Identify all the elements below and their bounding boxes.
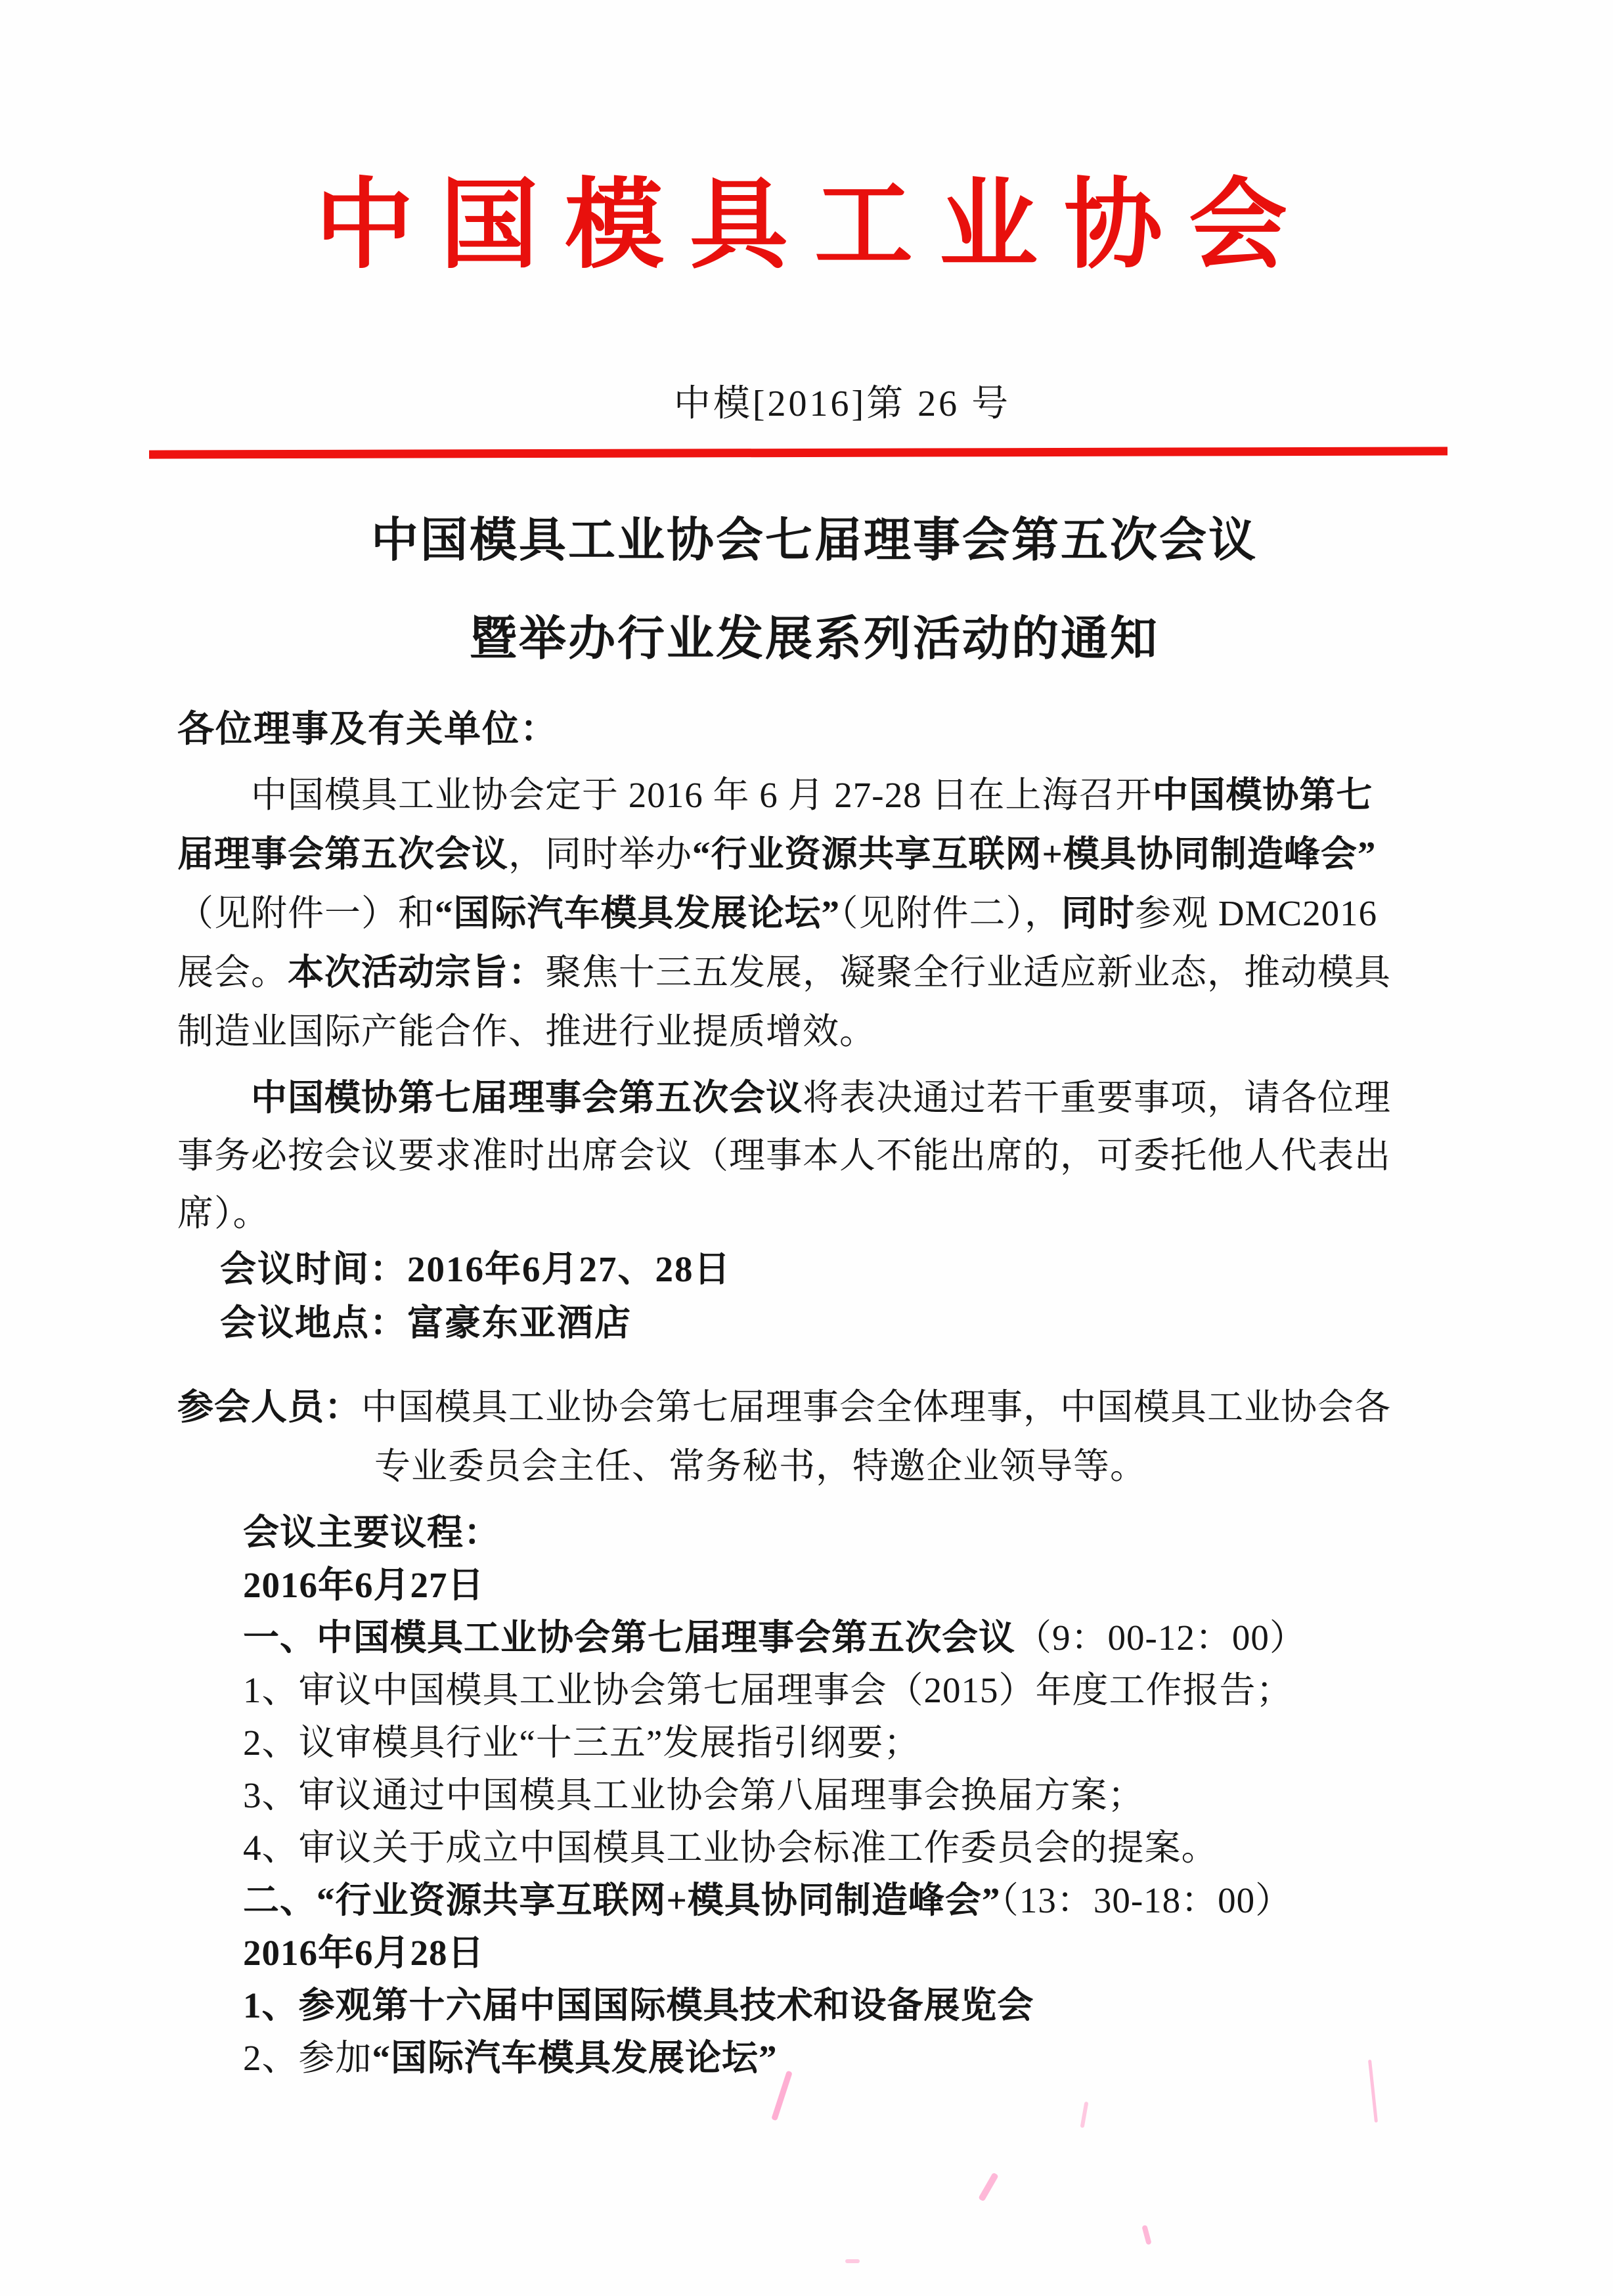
agenda-item-1: 一、中国模具工业协会第七届理事会第五次会议（9：00-12：00）: [243, 1612, 1451, 1664]
p1l3-text1: （见附件一）和: [177, 893, 435, 933]
scan-artifact: [1141, 2224, 1151, 2245]
p1l2-bold2: “行业资源共享互联网+模具协同制造峰会”: [692, 834, 1376, 874]
agenda-sub-4: 4、审议关于成立中国模具工业协会标准工作委员会的提案。: [243, 1822, 1451, 1874]
doc-number: 中模[2016]第 26 号: [177, 382, 1451, 426]
scanned-notice-page: 中国模具工业协会 中模[2016]第 26 号 中国模具工业协会七届理事会第五次…: [0, 0, 1613, 2296]
meeting-time: 会议时间：2016年6月27、28日: [220, 1243, 1451, 1296]
notice-title-line2: 暨举办行业发展系列活动的通知: [177, 590, 1451, 688]
paragraph-2-line3: 席）。: [177, 1185, 1451, 1243]
scan-artifact: [978, 2173, 999, 2202]
paragraph-1: 中国模具工业协会定于 2016 年 6 月 27-28 日在上海召开中国模协第七…: [177, 766, 1451, 1061]
paragraph-1-line4: 展会。本次活动宗旨：聚焦十三五发展，凝聚全行业适应新业态，推动模具: [177, 943, 1451, 1002]
p1l1-text: 中国模具工业协会定于 2016 年 6 月 27-28 日在上海召开: [251, 775, 1152, 815]
p1l3-text3: 参观 DMC2016: [1135, 893, 1377, 933]
attendees-line1: 参会人员：中国模具工业协会第七届理事会全体理事，中国模具工业协会各: [177, 1378, 1451, 1437]
notice-title-line1: 中国模具工业协会七届理事会第五次会议: [177, 491, 1451, 590]
agenda-sub-6: 2、参加“国际汽车模具发展论坛”: [243, 2032, 1451, 2085]
attendees: 参会人员：中国模具工业协会第七届理事会全体理事，中国模具工业协会各 专业委员会主…: [177, 1378, 1451, 1496]
agenda-sub6-text: 2、参加: [243, 2038, 372, 2078]
agenda-sub-2: 2、议审模具行业“十三五”发展指引纲要；: [243, 1717, 1451, 1769]
agenda-item2-bold: 二、“行业资源共享互联网+模具协同制造峰会”: [243, 1880, 1000, 1920]
p1l4-text2: 聚焦十三五发展，凝聚全行业适应新业态，推动模具: [545, 952, 1391, 992]
p1l2-bold1: 届理事会第五次会议: [177, 834, 508, 874]
agenda-item2-time: （13：30-18：00）: [1000, 1880, 1292, 1920]
paragraph-1-line2: 届理事会第五次会议，同时举办“行业资源共享互联网+模具协同制造峰会”: [177, 825, 1451, 884]
p1l3-text2: （见附件二），: [840, 893, 1061, 933]
agenda-date-june27: 2016年6月27日: [243, 1559, 1451, 1612]
agenda: 会议主要议程： 2016年6月27日 一、中国模具工业协会第七届理事会第五次会议…: [243, 1507, 1451, 2085]
paragraph-2-line1: 中国模协第七届理事会第五次会议将表决通过若干重要事项，请各位理: [177, 1069, 1451, 1127]
salutation: 各位理事及有关单位：: [177, 708, 1451, 751]
agenda-heading: 会议主要议程：: [243, 1507, 1451, 1559]
agenda-sub-3: 3、审议通过中国模具工业协会第八届理事会换届方案；: [243, 1769, 1451, 1822]
notice-title: 中国模具工业协会七届理事会第五次会议 暨举办行业发展系列活动的通知: [177, 491, 1451, 688]
paragraph-1-line1: 中国模具工业协会定于 2016 年 6 月 27-28 日在上海召开中国模协第七: [177, 766, 1451, 825]
p1l3-bold2: 同时: [1061, 893, 1135, 933]
agenda-item-2: 二、“行业资源共享互联网+模具协同制造峰会”（13：30-18：00）: [243, 1874, 1451, 1927]
paragraph-2-line2: 事务必按会议要求准时出席会议（理事本人不能出席的，可委托他人代表出: [177, 1127, 1451, 1185]
p1l3-bold1: “国际汽车模具发展论坛”: [435, 893, 840, 933]
paragraph-1-line5: 制造业国际产能合作、推进行业提质增效。: [177, 1002, 1451, 1061]
agenda-item1-bold: 一、中国模具工业协会第七届理事会第五次会议: [243, 1618, 1015, 1658]
agenda-sub-5: 1、参观第十六届中国国际模具技术和设备展览会: [243, 1979, 1451, 2032]
paragraph-1-line3: （见附件一）和“国际汽车模具发展论坛”（见附件二），同时参观 DMC2016: [177, 884, 1451, 943]
agenda-sub6-bold: “国际汽车模具发展论坛”: [372, 2038, 778, 2078]
p2l1-text: 将表决通过若干重要事项，请各位理: [803, 1078, 1391, 1118]
attendees-label: 参会人员：: [177, 1387, 361, 1427]
paragraph-2: 中国模协第七届理事会第五次会议将表决通过若干重要事项，请各位理 事务必按会议要求…: [177, 1069, 1451, 1243]
meeting-place: 会议地点：富豪东亚酒店: [220, 1296, 1451, 1350]
scan-artifact: [1080, 2102, 1089, 2128]
red-divider-line: [149, 447, 1447, 458]
p1l2-text: ，同时举办: [508, 834, 692, 874]
p2l1-bold: 中国模协第七届理事会第五次会议: [251, 1078, 803, 1118]
p1l4-bold: 本次活动宗旨：: [288, 952, 545, 992]
p1l4-text1: 展会。: [177, 952, 288, 992]
org-title: 中国模具工业协会: [177, 166, 1451, 287]
agenda-date-june28: 2016年6月28日: [243, 1927, 1451, 1979]
agenda-item1-time: （9：00-12：00）: [1015, 1618, 1306, 1658]
p1l1-bold: 中国模协第七: [1152, 775, 1373, 815]
agenda-sub-1: 1、审议中国模具工业协会第七届理事会（2015）年度工作报告；: [243, 1664, 1451, 1717]
attendees-line2: 专业委员会主任、常务秘书，特邀企业领导等。: [374, 1437, 1451, 1496]
scan-artifact: [845, 2259, 860, 2263]
attendees-text1: 中国模具工业协会第七届理事会全体理事，中国模具工业协会各: [361, 1387, 1391, 1427]
meeting-info: 会议时间：2016年6月27、28日 会议地点：富豪东亚酒店: [220, 1243, 1451, 1350]
